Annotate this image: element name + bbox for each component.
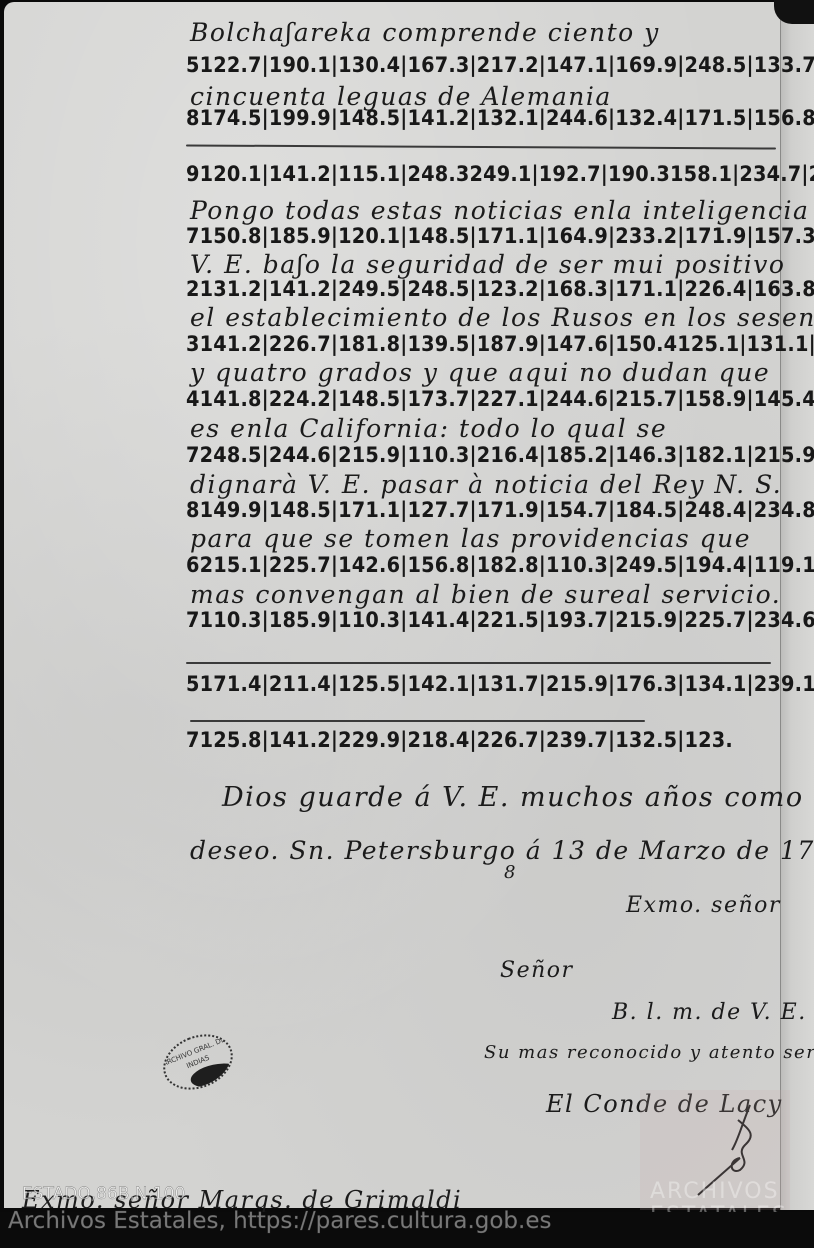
- salutation-excelentisimo: Exmo. señor: [626, 893, 781, 918]
- separator-rule: [190, 720, 645, 722]
- text-line: para que se tomen las providencias que: [190, 524, 751, 553]
- cipher-line: 3141.2|226.7|181.8|139.5|187.9|147.6|150…: [186, 332, 814, 356]
- date-subscript: 8: [504, 862, 517, 883]
- archive-url-watermark: Archivos Estatales, https://pares.cultur…: [8, 1208, 551, 1234]
- signature-servidor: Su mas reconocido y atento servidor: [484, 1042, 814, 1063]
- text-line: es enla California: todo lo qual se: [190, 414, 667, 443]
- cipher-line: 5122.7|190.1|130.4|167.3|217.2|147.1|169…: [186, 53, 814, 77]
- text-line: Bolchaʃareka comprende ciento y: [190, 18, 660, 47]
- text-line: V. E. baʃo la seguridad de ser mui posit…: [190, 250, 785, 279]
- closing-blessing: Dios guarde á V. E. muchos años como: [222, 782, 804, 813]
- cipher-line: 8149.9|148.5|171.1|127.7|171.9|154.7|184…: [186, 498, 814, 522]
- closing-place-date: deseo. Sn. Petersburgo á 13 de Marzo de …: [190, 836, 814, 865]
- text-line: Pongo todas estas noticias enla intelige…: [190, 196, 814, 225]
- cipher-line: 7150.8|185.9|120.1|148.5|171.1|164.9|233…: [186, 224, 814, 248]
- cipher-line: 7110.3|185.9|110.3|141.4|221.5|193.7|215…: [186, 608, 814, 632]
- text-line: mas convengan al bien de sureal servicio…: [190, 580, 781, 609]
- salutation-senor: Señor: [500, 958, 574, 983]
- cipher-line: 8174.5|199.9|148.5|141.2|132.1|244.6|132…: [186, 106, 814, 130]
- text-line: el establecimiento de los Rusos en los s…: [190, 303, 814, 332]
- cipher-line: 9120.1|141.2|115.1|248.3249.1|192.7|190.…: [186, 162, 814, 186]
- separator-rule: [186, 662, 771, 664]
- cipher-line: 5171.4|211.4|125.5|142.1|131.7|215.9|176…: [186, 672, 814, 696]
- text-line: dignarà V. E. pasar à noticia del Rey N.…: [190, 470, 782, 499]
- cipher-line: 7125.8|141.2|229.9|218.4|226.7|239.7|132…: [186, 728, 733, 752]
- signature-blmdve: B. l. m. de V. E.: [612, 1000, 807, 1025]
- archive-reference-watermark: ESTADO,86B,N.100: [22, 1184, 185, 1204]
- cipher-line: 4141.8|224.2|148.5|173.7|227.1|244.6|215…: [186, 387, 814, 411]
- cipher-line: 2131.2|141.2|249.5|248.5|123.2|168.3|171…: [186, 277, 814, 301]
- cipher-line: 7248.5|244.6|215.9|110.3|216.4|185.2|146…: [186, 443, 814, 467]
- cipher-line: 6215.1|225.7|142.6|156.8|182.8|110.3|249…: [186, 553, 814, 577]
- text-line: y quatro grados y que aqui no dudan que: [190, 358, 770, 387]
